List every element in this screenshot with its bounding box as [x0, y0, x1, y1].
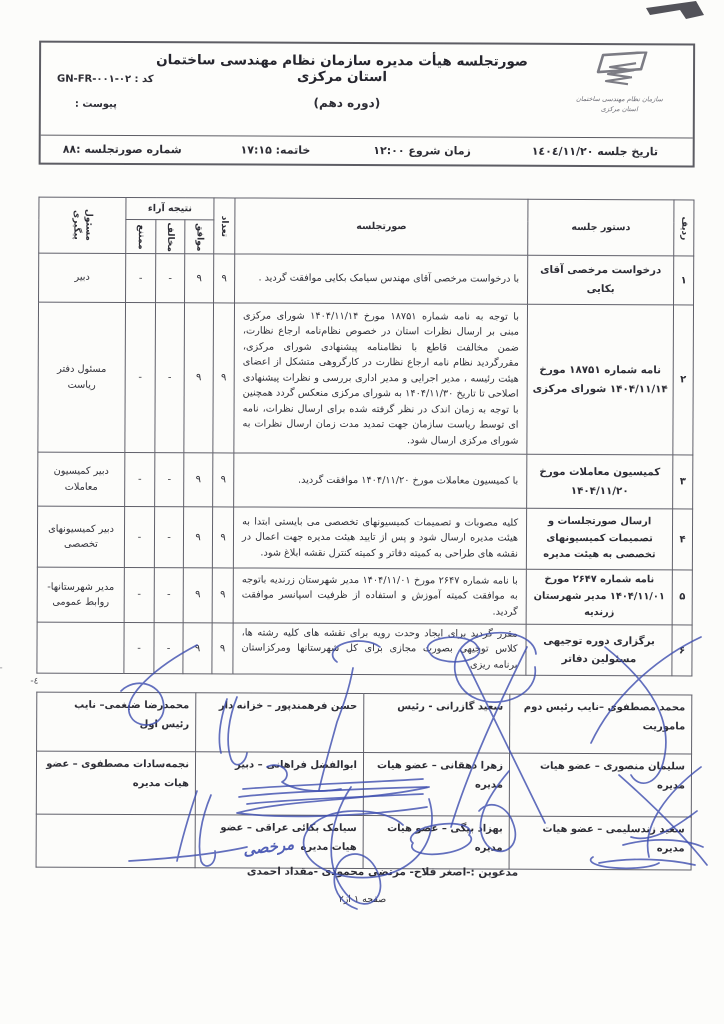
- row-index-cell: ۳: [673, 455, 693, 509]
- count-cell: ۹: [214, 254, 235, 303]
- count-cell: ۹: [212, 568, 233, 623]
- table-row: ۶ برگزاری دوره توجیهی مسئولین دفاتر مقرر…: [37, 622, 692, 676]
- signature-cell: [36, 814, 195, 868]
- row-index-cell: ۲: [673, 305, 694, 455]
- signature-cell: سعید زندسلیمی – عضو هیات مدیره: [509, 816, 691, 870]
- signer-name: محمد مصطفوی –نایب رئیس دوم ماموریت: [516, 698, 685, 737]
- organization-logo: سازمان نظام مهندسی ساختمان استان مرکزی: [552, 49, 687, 136]
- col-header-follow-up: مسئول پیگیری: [39, 197, 126, 253]
- signature-cell: محمدرضا ضیغمی– نایب رئیس اول: [37, 692, 196, 752]
- signature-cell: بهزاد بیگی – عضو هیات مدیره: [363, 816, 509, 870]
- signer-name: ابوالفضل فراهانی – دبیر: [202, 755, 357, 775]
- vote-abstain-cell: -: [124, 567, 154, 622]
- signature-row: محمد مصطفوی –نایب رئیس دوم ماموریت سعید …: [37, 692, 692, 754]
- agenda-cell: نامه شماره ۱۸۷۵۱ مورخ ۱۴۰۴/۱۱/۱۴ شورای م…: [527, 304, 674, 455]
- table-row: ۱ درخواست مرخصی آقای بکایی با درخواست مر…: [39, 253, 694, 305]
- vote-yes-cell: ۹: [185, 254, 214, 303]
- col-header-minutes: صورتجلسه: [235, 198, 528, 255]
- vote-abstain-cell: -: [125, 302, 156, 452]
- row-index-cell: ۴: [672, 509, 692, 570]
- agenda-cell: ارسال صورتجلسات و تصمیمات کمیسیونهای تخص…: [526, 508, 672, 570]
- signature-cell: زهرا دهقانی – عضو هیات مدیره: [363, 753, 509, 817]
- form-code: کد : GN-FR-۰۰۱-۰۲: [57, 74, 154, 85]
- page-number: صفحه ۱ از۲: [297, 894, 427, 906]
- count-cell: ۹: [213, 453, 234, 507]
- signer-name: حسن فرهمندپور – خزانه دار: [202, 696, 357, 716]
- minutes-cell: با نامه شماره ۲۶۴۷ مورخ ۱۴۰۴/۱۱/۰۱ مدیر …: [233, 568, 526, 624]
- scan-edge-dash: -: [0, 663, 3, 673]
- scanned-meeting-minutes-page: صورتجلسه هیأت مدیره سازمان نظام مهندسی س…: [0, 0, 724, 1024]
- vote-abstain-cell: -: [124, 506, 154, 567]
- signer-name: نجمه‌سادات مصطفوی – عضو هیات مدیره: [43, 755, 189, 794]
- row-index-cell: ۵: [672, 570, 692, 625]
- organization-logo-caption: سازمان نظام مهندسی ساختمان استان مرکزی: [552, 95, 687, 115]
- meeting-meta-row: تاریخ جلسه ١٤٠٤/١١/٢٠ زمان شروع ۱۲:۰۰ خا…: [41, 135, 693, 166]
- signature-cell: محمد مصطفوی –نایب رئیس دوم ماموریت: [510, 694, 692, 754]
- agenda-cell: نامه شماره ۲۶۴۷ مورخ ۱۴۰۴/۱۱/۰۱ مدیر شهر…: [526, 569, 672, 625]
- signature-table: محمد مصطفوی –نایب رئیس دوم ماموریت سعید …: [36, 692, 693, 871]
- table-row: ۵ نامه شماره ۲۶۴۷ مورخ ۱۴۰۴/۱۱/۰۱ مدیر ش…: [37, 567, 692, 625]
- vote-no-cell: -: [155, 453, 184, 507]
- col-header-agenda: دستور جلسه: [528, 199, 674, 256]
- signature-cell: سعید گازرانی - رئیس: [364, 694, 510, 754]
- count-cell: ۹: [212, 623, 233, 675]
- meeting-start-time: زمان شروع ۱۲:۰۰: [347, 144, 497, 158]
- col-header-vote-yes: موافق: [185, 220, 214, 254]
- col-header-row-index: ردیف: [674, 200, 694, 256]
- meeting-end-time: خاتمه: ۱۷:۱۵: [204, 143, 347, 157]
- page-title: صورتجلسه هیأت مدیره سازمان نظام مهندسی س…: [136, 52, 548, 86]
- vote-no-cell: -: [155, 303, 185, 453]
- signer-name: سلیمان منصوری – عضو هیات مدیره: [516, 757, 685, 796]
- vote-yes-cell: ۹: [184, 303, 214, 453]
- signature-cell: حسن فرهمندپور – خزانه دار: [196, 693, 364, 753]
- attachment-label: پیوست :: [75, 99, 117, 110]
- handwritten-margin-mark: ٤-: [30, 677, 38, 687]
- follow-up-cell: دبیر کمیسیون معاملات: [38, 452, 125, 506]
- col-header-vote-result: نتیجه آراء: [126, 197, 214, 219]
- organization-logo-icon: [587, 51, 651, 95]
- follow-up-cell: دبیر: [39, 253, 126, 302]
- vote-abstain-cell: -: [124, 622, 154, 674]
- vote-no-cell: -: [154, 623, 183, 675]
- row-index-cell: ۱: [674, 256, 694, 305]
- minutes-cell: با درخواست مرخصی آقای مهندس سیامک بکایی …: [235, 254, 528, 304]
- meeting-date: تاریخ جلسه ١٤٠٤/١١/٢٠: [497, 145, 693, 159]
- col-header-vote-no: مخالف: [156, 220, 185, 254]
- form-code-label: کد :: [135, 74, 154, 85]
- scan-artifact-mark: [640, 0, 710, 26]
- col-header-count: تعداد: [214, 198, 235, 254]
- count-cell: ۹: [213, 303, 235, 453]
- signer-name: سعید زندسلیمی – عضو هیات مدیره: [516, 820, 685, 859]
- minutes-number: شماره صورتجلسه :۸۸: [41, 143, 204, 157]
- vote-no-cell: -: [154, 507, 183, 568]
- signature-cell: ابوالفضل فراهانی – دبیر: [195, 752, 363, 816]
- minutes-cell: با توجه به نامه شماره ۱۸۷۵۱ مورخ ۱۴۰۴/۱۱…: [234, 303, 528, 454]
- follow-up-cell: دبیر کمیسیونهای تخصصی: [37, 506, 124, 567]
- form-code-value: GN-FR-۰۰۱-۰۲: [57, 74, 131, 85]
- minutes-cell: کلیه مصوبات و تصمیمات کمیسیونهای تخصصی م…: [233, 507, 526, 569]
- table-row: ۴ ارسال صورتجلسات و تصمیمات کمیسیونهای ت…: [37, 506, 692, 570]
- minutes-cell: مقرر گردید برای ایجاد وحدت رویه برای نقش…: [233, 623, 526, 676]
- vote-abstain-cell: -: [126, 253, 156, 302]
- minutes-table: ردیف دستور جلسه صورتجلسه تعداد نتیجه آرا…: [36, 197, 694, 677]
- signer-name: [43, 818, 189, 819]
- signature-cell: نجمه‌سادات مصطفوی – عضو هیات مدیره: [36, 751, 195, 815]
- table-row: ۲ نامه شماره ۱۸۷۵۱ مورخ ۱۴۰۴/۱۱/۱۴ شورای…: [38, 302, 694, 455]
- page-content: صورتجلسه هیأت مدیره سازمان نظام مهندسی س…: [0, 0, 724, 1024]
- header-box: صورتجلسه هیأت مدیره سازمان نظام مهندسی س…: [39, 41, 696, 168]
- follow-up-cell: مدیر شهرستانها- روابط عمومی: [37, 567, 124, 622]
- count-cell: ۹: [212, 507, 233, 568]
- signature-row: سلیمان منصوری – عضو هیات مدیره زهرا دهقا…: [36, 751, 691, 817]
- signer-name: سعید گازرانی - رئیس: [370, 697, 503, 717]
- signature-row: سعید زندسلیمی – عضو هیات مدیره بهزاد بیگ…: [36, 814, 691, 870]
- vote-no-cell: -: [154, 568, 183, 623]
- col-header-vote-abstain: ممتنع: [126, 219, 156, 253]
- row-index-cell: ۶: [672, 625, 692, 677]
- page-subtitle: (دوره دهم): [171, 95, 523, 111]
- agenda-cell: برگزاری دوره توجیهی مسئولین دفاتر: [526, 624, 672, 676]
- vote-yes-cell: ۹: [184, 453, 213, 507]
- invitees-line: مدعوین :-اصغر فلاح- مرتضی محمودی -مقداد …: [218, 865, 548, 878]
- agenda-cell: کمیسیون معاملات مورخ ۱۴۰۴/۱۱/۲۰: [527, 454, 673, 509]
- table-row: ۳ کمیسیون معاملات مورخ ۱۴۰۴/۱۱/۲۰ با کمی…: [38, 452, 693, 509]
- signer-name: بهزاد بیگی – عضو هیات مدیره: [370, 819, 503, 858]
- minutes-cell: با کمیسیون معاملات مورخ ۱۴۰۴/۱۱/۲۰ موافق…: [234, 453, 527, 508]
- vote-yes-cell: ۹: [183, 623, 212, 675]
- vote-no-cell: -: [156, 254, 185, 303]
- signer-name: زهرا دهقانی – عضو هیات مدیره: [370, 756, 503, 795]
- follow-up-cell: مسئول دفتر ریاست: [38, 302, 126, 452]
- vote-yes-cell: ۹: [183, 568, 212, 623]
- signature-cell: سلیمان منصوری – عضو هیات مدیره: [509, 753, 691, 817]
- vote-abstain-cell: -: [125, 452, 155, 506]
- agenda-cell: درخواست مرخصی آقای بکایی: [528, 255, 674, 305]
- vote-yes-cell: ۹: [183, 507, 212, 568]
- signer-name: محمدرضا ضیغمی– نایب رئیس اول: [43, 696, 189, 735]
- follow-up-cell: [37, 622, 124, 674]
